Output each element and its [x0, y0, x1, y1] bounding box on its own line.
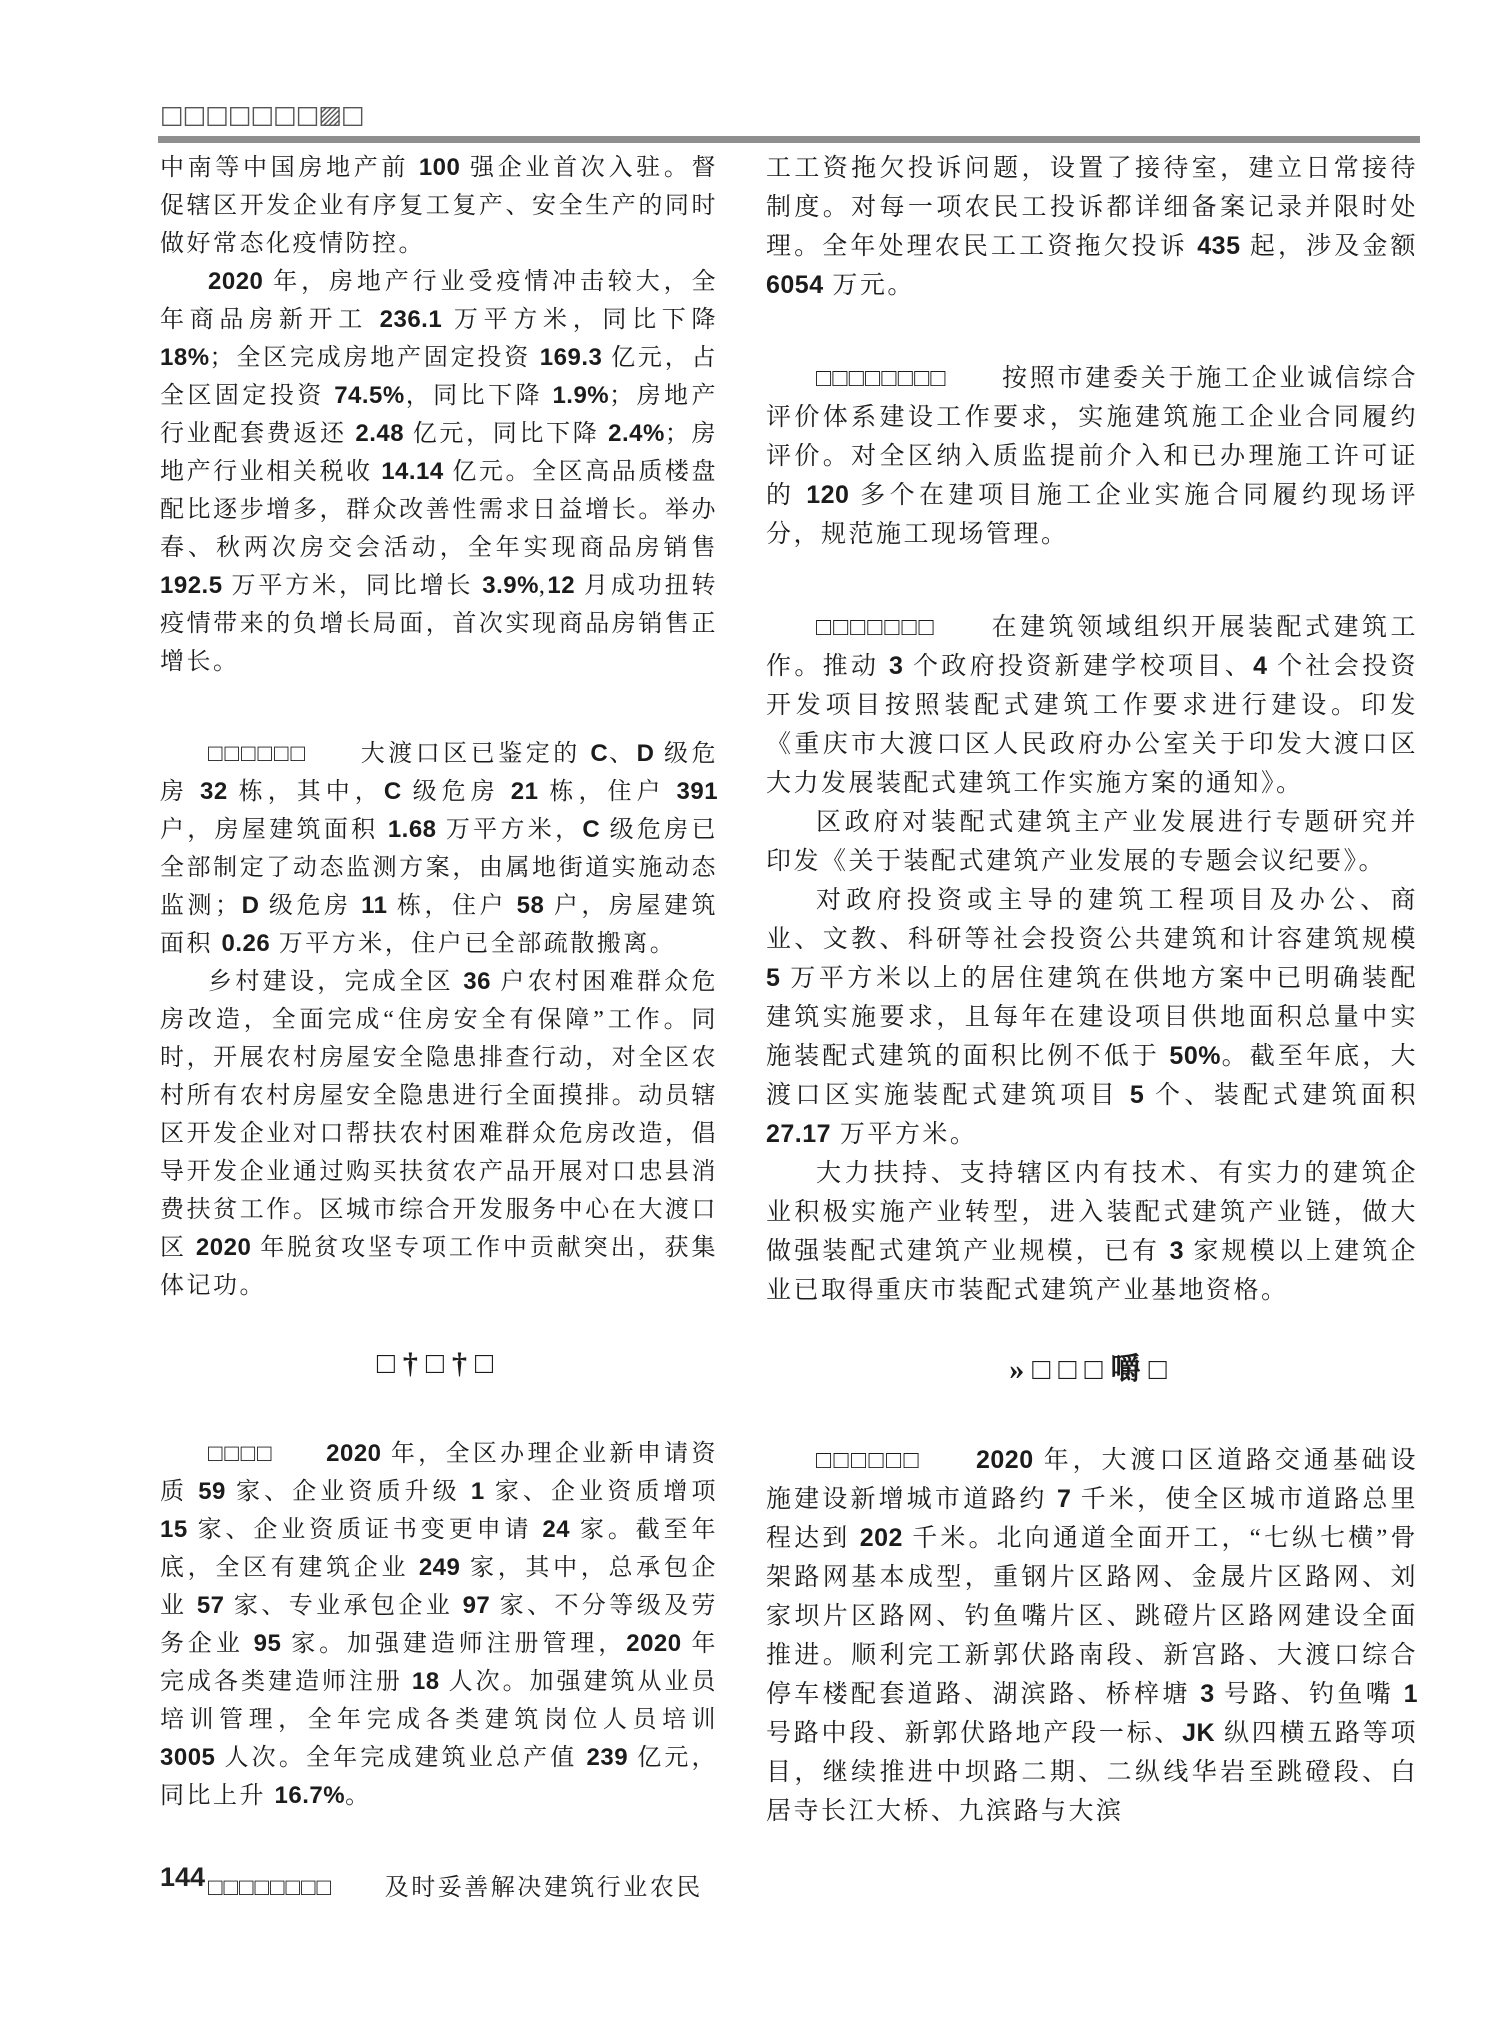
paragraph: 乡村建设，完成全区 36 户农村困难群众危房改造，全面完成“住房安全有保障”工作… — [160, 963, 718, 1305]
numeric-value: 11 — [361, 892, 387, 919]
numeric-value: 57 — [197, 1592, 225, 1619]
numeric-value: C — [590, 740, 608, 767]
entry-title-tofu: □□□□□□□ — [816, 614, 936, 641]
entry-title-tofu: □□□□□□ — [208, 741, 307, 767]
numeric-value: D — [242, 892, 260, 919]
numeric-value: 202 — [860, 1524, 903, 1552]
paragraph: 中南等中国房地产前 100 强企业首次入驻。督促辖区开发企业有序复工复产、安全生… — [160, 149, 718, 263]
numeric-value: 0.26 — [222, 930, 271, 957]
numeric-value: 1.68 — [388, 816, 437, 843]
page-number: 144 — [160, 1862, 205, 1893]
numeric-value: 2020 — [976, 1446, 1034, 1474]
numeric-value: 2.4% — [608, 420, 665, 447]
paragraph-text: 乡村建设，完成全区 36 户农村困难群众危房改造，全面完成“住房安全有保障”工作… — [160, 969, 718, 1299]
entry-title-tofu: □□□□□□□□ — [208, 1875, 332, 1901]
paragraph: 区政府对装配式建筑主产业发展进行专题研究并印发《关于装配式建筑产业发展的专题会议… — [766, 803, 1418, 881]
numeric-value: 50% — [1169, 1042, 1221, 1070]
paragraph-text: 2020 年，房地产行业受疫情冲击较大，全年商品房新开工 236.1 万平方米，… — [160, 269, 718, 675]
paragraph-text: 工工资拖欠投诉问题，设置了接待室，建立日常接待制度。对每一项农民工投诉都详细备案… — [766, 155, 1418, 299]
yearbook-page: □□□□□□□▨□ 中南等中国房地产前 100 强企业首次入驻。督促辖区开发企业… — [0, 0, 1488, 2019]
paragraph-text: 大力扶持、支持辖区内有技术、有实力的建筑企业积极实施产业转型，进入装配式建筑产业… — [766, 1160, 1418, 1304]
numeric-value: 36 — [463, 968, 491, 995]
paragraph-text: 2020 年，大渡口区道路交通基础设施建设新增城市道路约 7 千米，使全区城市道… — [766, 1447, 1418, 1825]
numeric-value: 14.14 — [381, 458, 444, 485]
numeric-value: 5 — [1130, 1081, 1144, 1109]
paragraph: □□□□□□□在建筑领域组织开展装配式建筑工作。推动 3 个政府投资新建学校项目… — [766, 608, 1418, 803]
numeric-value: C — [384, 778, 402, 805]
numeric-value: JK — [1182, 1719, 1215, 1747]
paragraph: □□□□□□大渡口区已鉴定的 C、D 级危房 32 栋，其中，C 级危房 21 … — [160, 735, 718, 963]
section-heading: »□□□嚼□ — [766, 1350, 1418, 1389]
numeric-value: 18% — [160, 344, 210, 371]
section-heading: □†□†□ — [160, 1345, 718, 1383]
paragraph-text: 大渡口区已鉴定的 C、D 级危房 32 栋，其中，C 级危房 21 栋，住户 3… — [160, 741, 718, 957]
numeric-value: 21 — [511, 778, 539, 805]
numeric-value: 12 — [547, 572, 575, 599]
numeric-value: 59 — [198, 1478, 226, 1505]
paragraph: □□□□2020 年，全区办理企业新申请资质 59 家、企业资质升级 1 家、企… — [160, 1435, 718, 1815]
paragraph-text: 按照市建委关于施工企业诚信综合评价体系建设工作要求，实施建筑施工企业合同履约评价… — [766, 365, 1418, 548]
numeric-value: 15 — [160, 1516, 188, 1543]
numeric-value: C — [582, 816, 600, 843]
header-divider — [158, 136, 1420, 143]
entry-title-tofu: □□□□□□ — [816, 1447, 921, 1474]
entry-title-tofu: □□□□□□□□ — [816, 365, 947, 392]
numeric-value: 97 — [463, 1592, 491, 1619]
numeric-value: 4 — [1253, 652, 1267, 680]
paragraph-text: 对政府投资或主导的建筑工程项目及办公、商业、文教、科研等社会投资公共建筑和计容建… — [766, 887, 1418, 1148]
paragraph: 工工资拖欠投诉问题，设置了接待室，建立日常接待制度。对每一项农民工投诉都详细备案… — [766, 149, 1418, 305]
numeric-value: 6054 — [766, 271, 824, 299]
numeric-value: 2020 — [208, 268, 263, 295]
numeric-value: 1 — [1404, 1680, 1418, 1708]
numeric-value: 58 — [517, 892, 545, 919]
paragraph-text: 中南等中国房地产前 100 强企业首次入驻。督促辖区开发企业有序复工复产、安全生… — [160, 155, 718, 257]
numeric-value: 100 — [419, 154, 461, 181]
numeric-value: 18 — [412, 1668, 440, 1695]
numeric-value: 2020 — [626, 1630, 681, 1657]
paragraph: □□□□□□2020 年，大渡口区道路交通基础设施建设新增城市道路约 7 千米，… — [766, 1441, 1418, 1831]
numeric-value: 1 — [471, 1478, 485, 1505]
numeric-value: D — [637, 740, 655, 767]
numeric-value: 1.9% — [552, 382, 609, 409]
numeric-value: 3005 — [160, 1744, 215, 1771]
numeric-value: 32 — [200, 778, 228, 805]
numeric-value: 169.3 — [540, 344, 603, 371]
paragraph: 大力扶持、支持辖区内有技术、有实力的建筑企业积极实施产业转型，进入装配式建筑产业… — [766, 1154, 1418, 1310]
numeric-value: 16.7% — [275, 1782, 346, 1809]
numeric-value: 391 — [677, 778, 719, 805]
page-header-title: □□□□□□□▨□ — [160, 100, 364, 130]
paragraph-text: 区政府对装配式建筑主产业发展进行专题研究并印发《关于装配式建筑产业发展的专题会议… — [766, 809, 1418, 875]
numeric-value: 192.5 — [160, 572, 223, 599]
numeric-value: 2.48 — [355, 420, 404, 447]
column-right: 工工资拖欠投诉问题，设置了接待室，建立日常接待制度。对每一项农民工投诉都详细备案… — [766, 149, 1418, 1831]
paragraph-text: 2020 年，全区办理企业新申请资质 59 家、企业资质升级 1 家、企业资质增… — [160, 1441, 718, 1809]
numeric-value: 3 — [1170, 1237, 1184, 1265]
numeric-value: 2020 — [196, 1234, 251, 1261]
paragraph-text: 在建筑领域组织开展装配式建筑工作。推动 3 个政府投资新建学校项目、4 个社会投… — [766, 614, 1418, 797]
numeric-value: 2020 — [326, 1440, 381, 1467]
numeric-value: 7 — [1057, 1485, 1071, 1513]
paragraph-text: 及时妥善解决建筑行业农民 — [385, 1875, 703, 1901]
numeric-value: 74.5% — [334, 382, 405, 409]
paragraph: 对政府投资或主导的建筑工程项目及办公、商业、文教、科研等社会投资公共建筑和计容建… — [766, 881, 1418, 1154]
column-left: 中南等中国房地产前 100 强企业首次入驻。督促辖区开发企业有序复工复产、安全生… — [160, 149, 718, 1907]
paragraph: □□□□□□□□按照市建委关于施工企业诚信综合评价体系建设工作要求，实施建筑施工… — [766, 359, 1418, 554]
numeric-value: 27.17 — [766, 1120, 831, 1148]
numeric-value: 3 — [889, 652, 903, 680]
numeric-value: 3 — [1200, 1680, 1214, 1708]
entry-title-tofu: □□□□ — [208, 1441, 273, 1467]
numeric-value: 95 — [254, 1630, 282, 1657]
numeric-value: 24 — [542, 1516, 570, 1543]
numeric-value: 435 — [1197, 232, 1240, 260]
numeric-value: 5 — [766, 964, 780, 992]
numeric-value: 249 — [419, 1554, 461, 1581]
paragraph: 2020 年，房地产行业受疫情冲击较大，全年商品房新开工 236.1 万平方米，… — [160, 263, 718, 681]
numeric-value: 239 — [587, 1744, 629, 1771]
numeric-value: 236.1 — [380, 306, 443, 333]
paragraph: □□□□□□□□及时妥善解决建筑行业农民 — [160, 1869, 718, 1907]
numeric-value: 3.9% — [482, 572, 539, 599]
numeric-value: 120 — [806, 481, 849, 509]
